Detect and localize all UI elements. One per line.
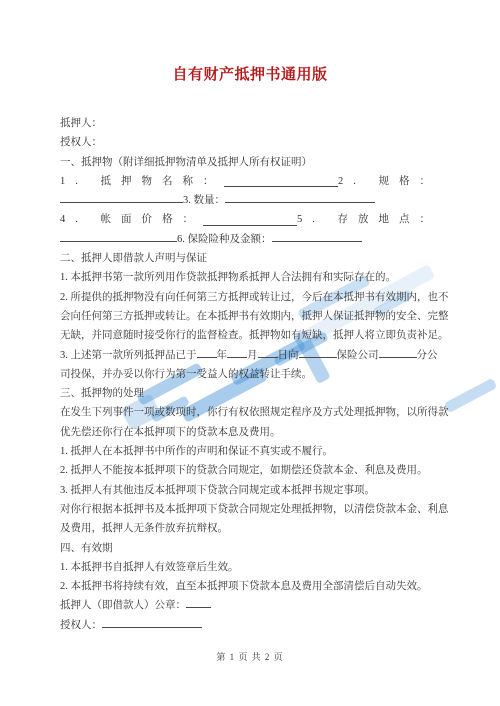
text-line: 1. 抵押物名称：2. 规格：	[60, 172, 440, 191]
text-line: 6. 保险险种及金额：	[60, 230, 440, 249]
text-segment: 3. 抵押人有其他违反本抵押项下贷款合同规定或本抵押书规定事项。	[60, 485, 375, 496]
text-line: 2. 抵押人不能按本抵押项下的贷款合同规定，如期偿还贷款本金、利息及费用。	[60, 461, 440, 480]
text-segment: 月	[247, 350, 258, 361]
text-line: 无缺，并同意随时接受你行的监督检查。抵押物如有短缺，抵押人将立即负责补足。	[60, 326, 440, 345]
page-number: 第 1 页 共 2 页	[0, 650, 500, 663]
blank-underline	[225, 199, 375, 203]
text-line: 2. 本抵押书将持续有效，直至本抵押项下贷款本息及费用全部清偿后自动失效。	[60, 577, 440, 596]
text-segment: 2. 规格：	[338, 172, 440, 191]
text-segment: 二、抵押人即借款人声明与保证	[60, 253, 207, 264]
text-segment: 授权人：	[60, 137, 102, 148]
text-line: 4. 帐面价格：5. 存放地点：	[60, 210, 440, 229]
text-line: 授权人：	[60, 616, 440, 635]
blank-underline	[102, 624, 202, 628]
blank-underline	[203, 222, 297, 226]
blank-underline	[186, 604, 211, 608]
text-segment: 1. 抵押人在本抵押书中所作的声明和保证不真实或不履行。	[60, 446, 333, 457]
blank-underline	[227, 354, 247, 358]
text-segment: 对你行根据本抵押书及本抵押项下贷款合同规定处理抵押物，以清偿贷款本金、利息	[60, 504, 449, 515]
text-segment: 分公	[417, 350, 438, 361]
text-line: 三、抵押物的处理	[60, 384, 440, 403]
text-line: 抵押人（即借款人）公章：	[60, 596, 440, 615]
text-line: 授权人：	[60, 133, 440, 152]
text-line: 优先偿还你行在本抵押项下的贷款本息及费用。	[60, 423, 440, 442]
text-line: 及费用，抵押人无条件放弃抗辩权。	[60, 519, 440, 538]
blank-underline	[197, 354, 217, 358]
document-title: 自有财产抵押书通用版	[0, 63, 500, 84]
blank-underline	[272, 238, 362, 242]
text-line: 四、有效期	[60, 539, 440, 558]
text-line: 抵押人：	[60, 114, 440, 133]
text-line: 一、抵押物（附详细抵押物清单及抵押人所有权证明）	[60, 153, 440, 172]
text-segment: 1. 本抵押书自抵押人有效签章后生效。	[60, 562, 239, 573]
text-segment: 会向任何第三方抵押或转让。在本抵押书有效期内，抵押人保证抵押物的安全、完整	[60, 311, 449, 322]
text-segment: 4. 帐面价格：	[60, 210, 203, 229]
text-line: 1. 本抵押书第一款所列用作贷款抵押物系抵押人合法拥有和实际存在的。	[60, 268, 440, 287]
blank-underline	[60, 199, 183, 203]
text-segment: 2. 所提供的抵押物没有向任何第三方抵押或转让过，今后在本抵押书有效期内，也不	[60, 292, 449, 303]
text-segment: 四、有效期	[60, 543, 113, 554]
blank-underline	[258, 354, 278, 358]
text-segment: 保险公司	[337, 350, 379, 361]
text-line: 3. 数量：	[60, 191, 440, 210]
text-line: 1. 本抵押书自抵押人有效签章后生效。	[60, 558, 440, 577]
text-line: 二、抵押人即借款人声明与保证	[60, 249, 440, 268]
blank-underline	[379, 354, 417, 358]
text-segment: 授权人：	[60, 620, 102, 631]
blank-underline	[224, 183, 339, 187]
text-segment: 2. 本抵押书将持续有效，直至本抵押项下贷款本息及费用全部清偿后自动失效。	[60, 581, 428, 592]
text-segment: 抵押人（即借款人）公章：	[60, 600, 186, 611]
text-line: 在发生下列事件一项或数项时，你行有权依照规定程序及方式处理抵押物，以所得款	[60, 403, 440, 422]
text-segment: 一、抵押物（附详细抵押物清单及抵押人所有权证明）	[60, 157, 312, 168]
text-line: 3. 抵押人有其他违反本抵押项下贷款合同规定或本抵押书规定事项。	[60, 481, 440, 500]
text-line: 对你行根据本抵押书及本抵押项下贷款合同规定处理抵押物，以清偿贷款本金、利息	[60, 500, 440, 519]
watermark-blue-stroke	[444, 378, 498, 414]
text-segment: 1. 抵押物名称：	[60, 172, 224, 191]
blank-underline	[60, 238, 177, 242]
text-segment: 抵押人：	[60, 118, 102, 129]
text-line: 司投保，并办妥以你行为第一受益人的权益转让手续。	[60, 365, 440, 384]
document-body: 抵押人：授权人：一、抵押物（附详细抵押物清单及抵押人所有权证明）1. 抵押物名称…	[60, 114, 440, 635]
text-line: 会向任何第三方抵押或转让。在本抵押书有效期内，抵押人保证抵押物的安全、完整	[60, 307, 440, 326]
document-page: 自有财产抵押书通用版 抵押人：授权人：一、抵押物（附详细抵押物清单及抵押人所有权…	[0, 0, 500, 706]
blank-underline	[299, 354, 337, 358]
text-segment: 2. 抵押人不能按本抵押项下的贷款合同规定，如期偿还贷款本金、利息及费用。	[60, 465, 428, 476]
text-line: 1. 抵押人在本抵押书中所作的声明和保证不真实或不履行。	[60, 442, 440, 461]
text-line: 3. 上述第一款所列抵押品已于年月日向保险公司分公	[60, 346, 440, 365]
text-segment: 1. 本抵押书第一款所列用作贷款抵押物系抵押人合法拥有和实际存在的。	[60, 272, 396, 283]
text-segment: 在发生下列事件一项或数项时，你行有权依照规定程序及方式处理抵押物，以所得款	[60, 407, 449, 418]
text-segment: 司投保，并办妥以你行为第一受益人的权益转让手续。	[60, 369, 312, 380]
text-segment: 日向	[278, 350, 299, 361]
text-segment: 3. 上述第一款所列抵押品已于	[60, 350, 197, 361]
text-segment: 优先偿还你行在本抵押项下的贷款本息及费用。	[60, 427, 281, 438]
text-segment: 6. 保险险种及金额：	[177, 234, 272, 245]
text-segment: 年	[217, 350, 228, 361]
text-segment: 三、抵押物的处理	[60, 388, 144, 399]
text-segment: 5. 存放地点：	[297, 210, 440, 229]
text-segment: 3. 数量：	[183, 195, 225, 206]
text-segment: 无缺，并同意随时接受你行的监督检查。抵押物如有短缺，抵押人将立即负责补足。	[60, 330, 449, 341]
text-segment: 及费用，抵押人无条件放弃抗辩权。	[60, 523, 228, 534]
text-line: 2. 所提供的抵押物没有向任何第三方抵押或转让过，今后在本抵押书有效期内，也不	[60, 288, 440, 307]
